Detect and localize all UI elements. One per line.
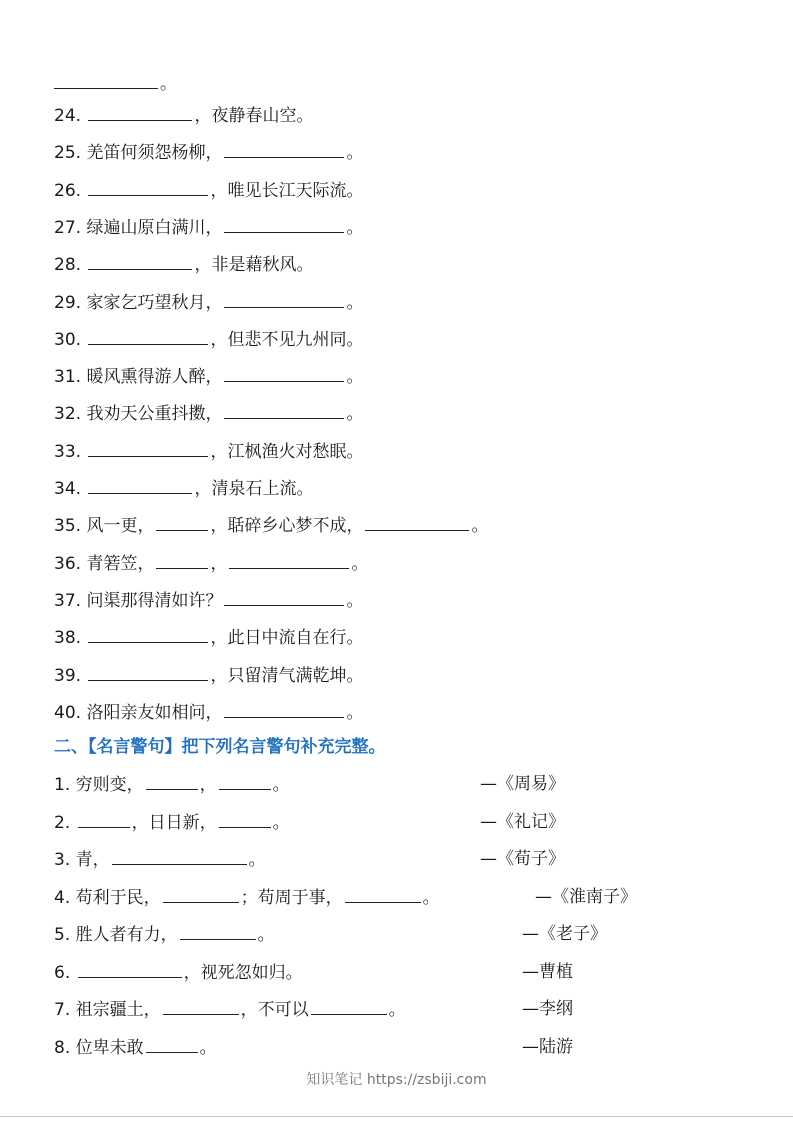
item-number: 7.: [54, 1000, 76, 1020]
text-fragment: 风一更，: [86, 516, 154, 536]
item-number: 31.: [54, 367, 86, 387]
text-fragment: 青箬笠，: [86, 554, 154, 574]
poem-line: 32. 我劝天公重抖擞，。: [54, 402, 363, 425]
quote-source: —《礼记》: [480, 811, 565, 833]
text-fragment: 。: [273, 813, 290, 833]
quote-source: —《淮南子》: [535, 886, 637, 908]
text-fragment: ，清泉石上流。: [194, 479, 313, 499]
item-number: 37.: [54, 591, 86, 611]
answer-blank[interactable]: [365, 514, 469, 531]
poem-line: 30. ，但悲不见九州同。: [54, 328, 363, 351]
text-fragment: 。: [389, 1000, 406, 1020]
answer-blank[interactable]: [345, 886, 421, 903]
text-fragment: 。: [346, 703, 363, 723]
poem-line: 36. 青箬笠，，。: [54, 552, 368, 575]
text-fragment: 洛阳亲友如相问，: [86, 703, 222, 723]
quote-source: —《老子》: [522, 923, 607, 945]
text-fragment: 。: [351, 554, 368, 574]
quote-source: —李纲: [522, 998, 573, 1020]
quote-source: —《荀子》: [480, 848, 565, 870]
answer-blank[interactable]: [224, 291, 344, 308]
punctuation: 。: [160, 74, 177, 94]
quote-line: 2. ，日日新，。: [54, 811, 290, 834]
poem-line: 28. ，非是藉秋风。: [54, 253, 313, 276]
answer-blank[interactable]: [224, 402, 344, 419]
answer-blank[interactable]: [88, 253, 192, 270]
answer-blank[interactable]: [219, 811, 271, 828]
answer-blank[interactable]: [224, 141, 344, 158]
item-number: 5.: [54, 925, 76, 945]
item-number: 33.: [54, 442, 86, 462]
text-fragment: 。: [258, 925, 275, 945]
quote-line: 3. 青，。: [54, 848, 266, 871]
quote-line: 6. ，视死忽如归。: [54, 961, 303, 984]
poem-line: 39. ，只留清气满乾坤。: [54, 664, 363, 687]
section-heading: 二、【名言警句】把下列名言警句补充完整。: [54, 736, 386, 758]
answer-blank[interactable]: [229, 552, 349, 569]
item-number: 24.: [54, 106, 86, 126]
item-number: 29.: [54, 293, 86, 313]
item-number: 38.: [54, 628, 86, 648]
quote-line: 4. 苟利于民，；苟周于事，。: [54, 886, 440, 909]
answer-blank[interactable]: [224, 365, 344, 382]
answer-blank[interactable]: [88, 664, 208, 681]
quote-line: 7. 祖宗疆土，，不可以。: [54, 998, 406, 1021]
text-fragment: 我劝天公重抖擞，: [86, 404, 222, 424]
answer-blank[interactable]: [88, 328, 208, 345]
item-number: 36.: [54, 554, 86, 574]
text-fragment: 穷则变，: [76, 775, 144, 795]
poem-line: 38. ，此日中流自在行。: [54, 626, 363, 649]
text-fragment: 羌笛何须怨杨柳，: [86, 143, 222, 163]
text-fragment: 。: [346, 218, 363, 238]
poem-line: 33. ，江枫渔火对愁眠。: [54, 440, 363, 463]
text-fragment: ，非是藉秋风。: [194, 255, 313, 275]
text-fragment: 。: [200, 1038, 217, 1058]
text-fragment: 。: [346, 404, 363, 424]
answer-blank[interactable]: [156, 514, 208, 531]
text-fragment: ，江枫渔火对愁眠。: [210, 442, 363, 462]
item-number: 6.: [54, 963, 76, 983]
quote-source: —陆游: [522, 1036, 573, 1058]
quote-line: 5. 胜人者有力，。: [54, 923, 275, 946]
text-fragment: 。: [346, 293, 363, 313]
answer-blank[interactable]: [88, 440, 208, 457]
item-number: 25.: [54, 143, 86, 163]
item-number: 28.: [54, 255, 86, 275]
text-fragment: ，不可以: [241, 1000, 309, 1020]
poem-line: 40. 洛阳亲友如相问，。: [54, 701, 363, 724]
text-fragment: ，但悲不见九州同。: [210, 330, 363, 350]
poem-line: 24. ，夜静春山空。: [54, 104, 313, 127]
page-divider: [0, 1116, 793, 1117]
item-number: 26.: [54, 181, 86, 201]
item-number: 8.: [54, 1038, 76, 1058]
text-fragment: 。: [346, 591, 363, 611]
answer-blank[interactable]: [180, 923, 256, 940]
answer-blank[interactable]: [112, 848, 247, 865]
poem-line: 34. ，清泉石上流。: [54, 477, 313, 500]
text-fragment: ，视死忽如归。: [184, 963, 303, 983]
answer-blank[interactable]: [224, 589, 344, 606]
answer-blank[interactable]: [146, 1036, 198, 1053]
text-fragment: ，日日新，: [132, 813, 217, 833]
text-fragment: 。: [346, 367, 363, 387]
text-fragment: 。: [273, 775, 290, 795]
text-fragment: ，此日中流自在行。: [210, 628, 363, 648]
item-number: 4.: [54, 888, 76, 908]
text-fragment: 。: [471, 516, 488, 536]
item-number: 40.: [54, 703, 86, 723]
answer-blank[interactable]: [88, 626, 208, 643]
item-number: 1.: [54, 775, 76, 795]
text-fragment: ，: [210, 554, 227, 574]
continuation-line: 。: [54, 72, 177, 95]
item-number: 30.: [54, 330, 86, 350]
answer-blank[interactable]: [163, 998, 239, 1015]
text-fragment: 。: [346, 143, 363, 163]
answer-blank[interactable]: [224, 216, 344, 233]
text-fragment: 绿遍山原白满川，: [86, 218, 222, 238]
text-fragment: ，唯见长江天际流。: [210, 181, 363, 201]
poem-line: 37. 问渠那得清如许？。: [54, 589, 363, 612]
item-number: 35.: [54, 516, 86, 536]
answer-blank[interactable]: [163, 886, 239, 903]
answer-blank[interactable]: [78, 811, 130, 828]
answer-blank[interactable]: [219, 773, 271, 790]
quote-line: 1. 穷则变，，。: [54, 773, 290, 796]
poem-line: 26. ，唯见长江天际流。: [54, 179, 363, 202]
text-fragment: 祖宗疆土，: [76, 1000, 161, 1020]
poem-line: 31. 暖风熏得游人醉，。: [54, 365, 363, 388]
answer-blank[interactable]: [224, 701, 344, 718]
poem-line: 29. 家家乞巧望秋月，。: [54, 291, 363, 314]
quote-source: —《周易》: [480, 773, 565, 795]
text-fragment: 问渠那得清如许？: [86, 591, 222, 611]
item-number: 39.: [54, 666, 86, 686]
poem-line: 27. 绿遍山原白满川，。: [54, 216, 363, 239]
poem-line: 35. 风一更，，聒碎乡心梦不成，。: [54, 514, 488, 537]
item-number: 2.: [54, 813, 76, 833]
answer-blank[interactable]: [146, 773, 198, 790]
item-number: 34.: [54, 479, 86, 499]
quote-source: —曹植: [522, 961, 573, 983]
text-fragment: 位卑未敢: [76, 1038, 144, 1058]
text-fragment: 暖风熏得游人醉，: [86, 367, 222, 387]
text-fragment: ，只留清气满乾坤。: [210, 666, 363, 686]
item-number: 3.: [54, 850, 76, 870]
text-fragment: ；苟周于事，: [241, 888, 343, 908]
text-fragment: 家家乞巧望秋月，: [86, 293, 222, 313]
answer-blank[interactable]: [54, 72, 158, 89]
quote-line: 8. 位卑未敢。: [54, 1036, 217, 1059]
text-fragment: 青，: [76, 850, 110, 870]
text-fragment: 。: [423, 888, 440, 908]
poem-line: 25. 羌笛何须怨杨柳，。: [54, 141, 363, 164]
answer-blank[interactable]: [156, 552, 208, 569]
text-fragment: 苟利于民，: [76, 888, 161, 908]
footer-watermark: 知识笔记 https://zsbiji.com: [0, 1069, 793, 1089]
item-number: 27.: [54, 218, 86, 238]
answer-blank[interactable]: [88, 104, 192, 121]
answer-blank[interactable]: [78, 961, 182, 978]
text-fragment: ，聒碎乡心梦不成，: [210, 516, 363, 536]
answer-blank[interactable]: [311, 998, 387, 1015]
answer-blank[interactable]: [88, 179, 208, 196]
text-fragment: 胜人者有力，: [76, 925, 178, 945]
item-number: 32.: [54, 404, 86, 424]
text-fragment: ，: [200, 775, 217, 795]
answer-blank[interactable]: [88, 477, 192, 494]
text-fragment: 。: [249, 850, 266, 870]
text-fragment: ，夜静春山空。: [194, 106, 313, 126]
